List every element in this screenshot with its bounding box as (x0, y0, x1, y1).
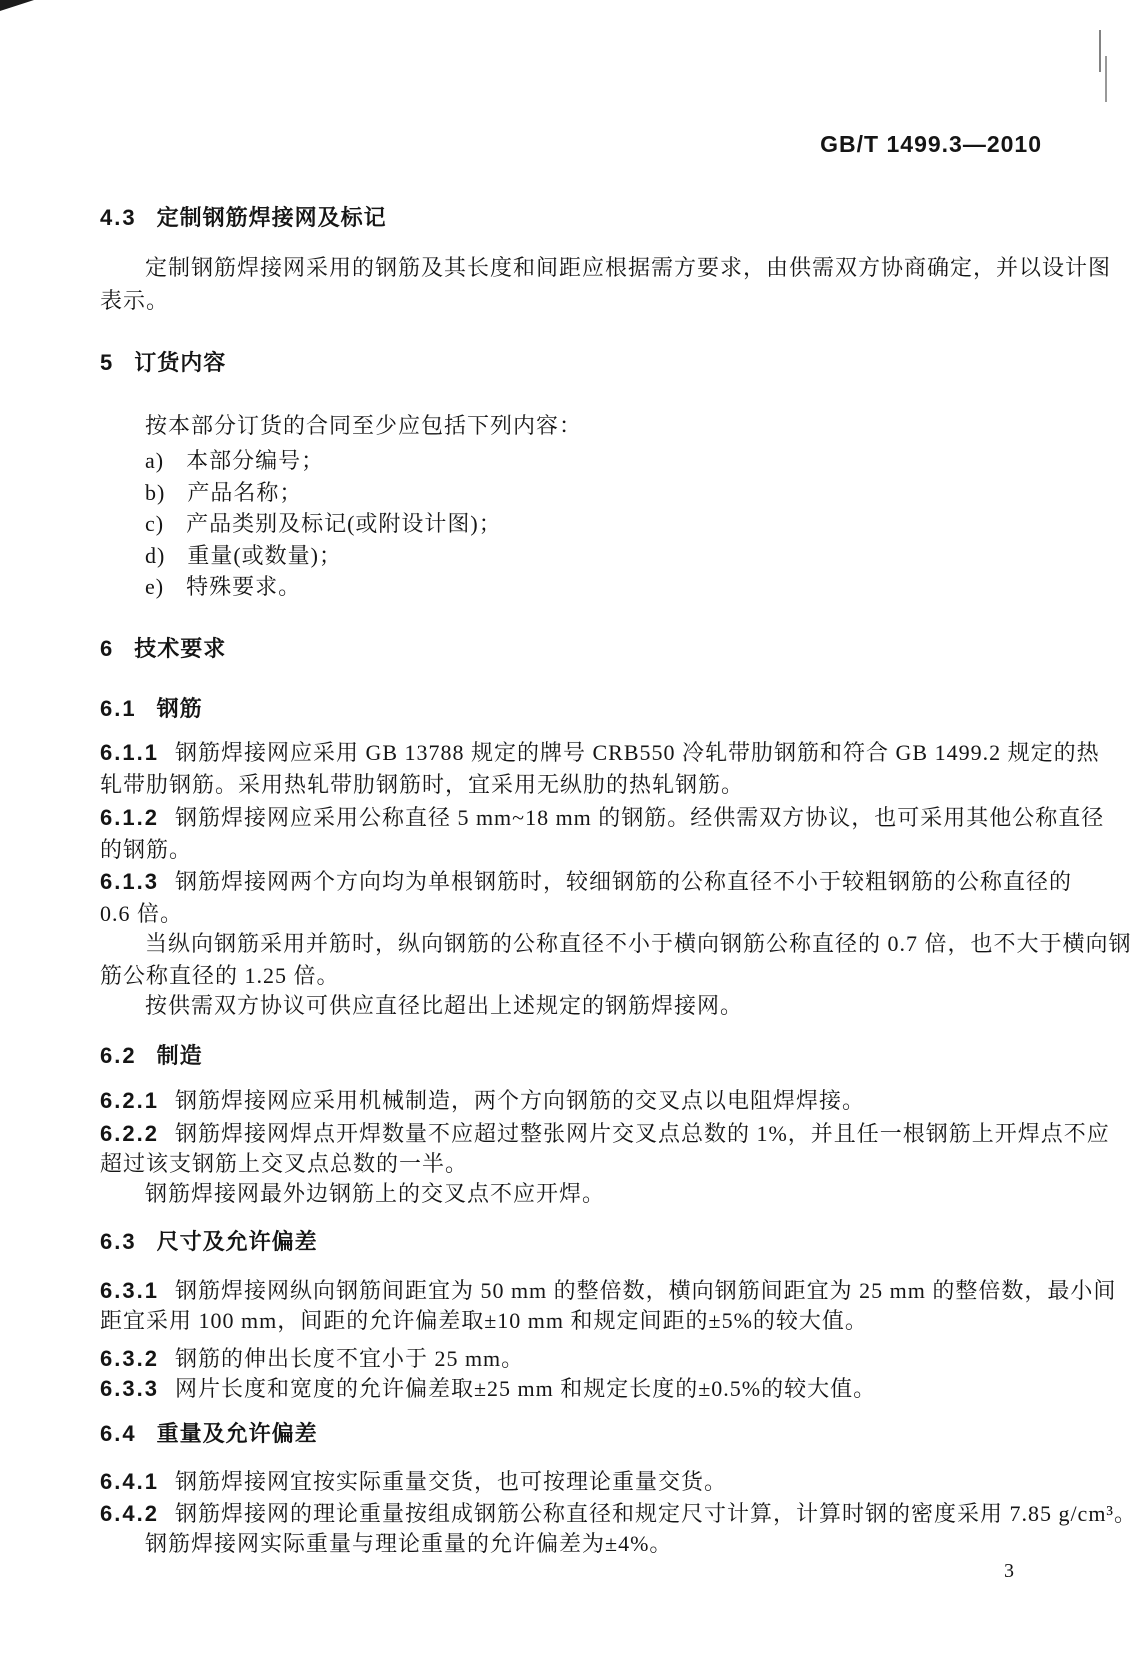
clause-text: 钢筋焊接网的理论重量按组成钢筋公称直径和规定尺寸计算，计算时钢的密度采用 7.8… (175, 1501, 1137, 1526)
clause-text: 钢筋焊接网宜按实际重量交货，也可按理论重量交货。 (175, 1469, 727, 1494)
heading-number: 6.2 (100, 1043, 137, 1068)
paragraph-line: 距宜采用 100 mm，间距的允许偏差取±10 mm 和规定间距的±5%的较大值… (100, 1308, 868, 1334)
paragraph-line: 轧带肋钢筋。采用热轧带肋钢筋时，宜采用无纵肋的热轧钢筋。 (100, 772, 744, 798)
clause-text: 钢筋焊接网应采用机械制造，两个方向钢筋的交叉点以电阻焊焊接。 (175, 1088, 865, 1113)
heading-title: 尺寸及允许偏差 (157, 1229, 318, 1254)
list-item-text: 本部分编号； (186, 448, 324, 473)
clause-number: 6.3.3 (100, 1376, 159, 1401)
paragraph-line: 按供需双方协议可供应直径比超出上述规定的钢筋焊接网。 (145, 993, 743, 1019)
clause-text: 钢筋焊接网焊点开焊数量不应超过整张网片交叉点总数的 1%，并且任一根钢筋上开焊点… (175, 1121, 1110, 1146)
heading-title: 技术要求 (134, 636, 226, 661)
clause-number: 6.3.2 (100, 1346, 159, 1371)
list-item-letter: c) (145, 511, 164, 536)
heading-title: 制造 (157, 1043, 203, 1068)
list-item-letter: b) (145, 480, 165, 505)
list-item-c: c)产品类别及标记(或附设计图)； (145, 511, 502, 537)
clause-6-3-2: 6.3.2钢筋的伸出长度不宜小于 25 mm。 (100, 1346, 524, 1372)
clause-6-1-2: 6.1.2钢筋焊接网应采用公称直径 5 mm~18 mm 的钢筋。经供需双方协议… (100, 805, 1104, 831)
clause-6-1-1: 6.1.1钢筋焊接网应采用 GB 13788 规定的牌号 CRB550 冷轧带肋… (100, 740, 1100, 766)
clause-number: 6.2.1 (100, 1088, 159, 1113)
clause-text: 钢筋的伸出长度不宜小于 25 mm。 (175, 1346, 524, 1371)
list-item-text: 特殊要求。 (186, 574, 301, 599)
clause-text: 钢筋焊接网两个方向均为单根钢筋时，较细钢筋的公称直径不小于较粗钢筋的公称直径的 (175, 869, 1072, 894)
clause-number: 6.3.1 (100, 1278, 159, 1303)
clause-6-2-2: 6.2.2钢筋焊接网焊点开焊数量不应超过整张网片交叉点总数的 1%，并且任一根钢… (100, 1121, 1110, 1147)
list-item-letter: a) (145, 448, 164, 473)
clause-6-1-3: 6.1.3钢筋焊接网两个方向均为单根钢筋时，较细钢筋的公称直径不小于较粗钢筋的公… (100, 869, 1072, 895)
document-number: GB/T 1499.3—2010 (820, 131, 1042, 158)
clause-text: 钢筋焊接网纵向钢筋间距宜为 50 mm 的整倍数，横向钢筋间距宜为 25 mm … (175, 1278, 1116, 1303)
heading-title: 定制钢筋焊接网及标记 (157, 205, 387, 230)
scan-artifact-top-left-corner (0, 0, 34, 11)
heading-4-3: 4.3定制钢筋焊接网及标记 (100, 205, 387, 231)
heading-5: 5订货内容 (100, 350, 226, 376)
list-item-letter: d) (145, 543, 165, 568)
paragraph-line: 当纵向钢筋采用并筋时，纵向钢筋的公称直径不小于横向钢筋公称直径的 0.7 倍，也… (145, 931, 1132, 957)
list-item-d: d)重量(或数量)； (145, 543, 342, 569)
clause-number: 6.2.2 (100, 1121, 159, 1146)
paragraph-line: 表示。 (100, 288, 169, 314)
paragraph-line: 筋公称直径的 1.25 倍。 (100, 963, 340, 989)
list-item-a: a)本部分编号； (145, 448, 324, 474)
heading-6: 6技术要求 (100, 636, 226, 662)
heading-number: 6.1 (100, 696, 137, 721)
scan-artifact-scratch (1099, 30, 1101, 72)
clause-number: 6.1.3 (100, 869, 159, 894)
heading-number: 4.3 (100, 205, 137, 230)
page-number: 3 (1004, 1560, 1014, 1583)
clause-6-3-3: 6.3.3网片长度和宽度的允许偏差取±25 mm 和规定长度的±0.5%的较大值… (100, 1376, 876, 1402)
list-item-text: 产品类别及标记(或附设计图)； (186, 511, 502, 536)
paragraph-line: 超过该支钢筋上交叉点总数的一半。 (100, 1151, 468, 1177)
clause-6-4-1: 6.4.1钢筋焊接网宜按实际重量交货，也可按理论重量交货。 (100, 1469, 727, 1495)
clause-text: 钢筋焊接网应采用公称直径 5 mm~18 mm 的钢筋。经供需双方协议，也可采用… (175, 805, 1104, 830)
list-item-e: e)特殊要求。 (145, 574, 301, 600)
heading-number: 6.3 (100, 1229, 137, 1254)
clause-number: 6.4.2 (100, 1501, 159, 1526)
paragraph-line: 定制钢筋焊接网采用的钢筋及其长度和间距应根据需方要求，由供需双方协商确定，并以设… (145, 255, 1111, 281)
heading-number: 5 (100, 350, 114, 375)
heading-6-4: 6.4重量及允许偏差 (100, 1421, 318, 1447)
paragraph-line: 的钢筋。 (100, 837, 192, 863)
clause-number: 6.4.1 (100, 1469, 159, 1494)
list-item-b: b)产品名称； (145, 480, 302, 506)
paragraph-line: 钢筋焊接网最外边钢筋上的交叉点不应开焊。 (145, 1181, 605, 1207)
list-item-text: 重量(或数量)； (187, 543, 342, 568)
clause-number: 6.1.1 (100, 740, 159, 765)
heading-title: 重量及允许偏差 (157, 1421, 318, 1446)
clause-6-2-1: 6.2.1钢筋焊接网应采用机械制造，两个方向钢筋的交叉点以电阻焊焊接。 (100, 1088, 865, 1114)
list-item-letter: e) (145, 574, 164, 599)
heading-title: 订货内容 (134, 350, 226, 375)
heading-6-2: 6.2制造 (100, 1043, 203, 1069)
clause-number: 6.1.2 (100, 805, 159, 830)
paragraph-line: 钢筋焊接网实际重量与理论重量的允许偏差为±4%。 (145, 1531, 672, 1557)
clause-text: 钢筋焊接网应采用 GB 13788 规定的牌号 CRB550 冷轧带肋钢筋和符合… (175, 740, 1100, 765)
document-page: GB/T 1499.3—2010 4.3定制钢筋焊接网及标记 定制钢筋焊接网采用… (0, 0, 1138, 1666)
clause-6-3-1: 6.3.1钢筋焊接网纵向钢筋间距宜为 50 mm 的整倍数，横向钢筋间距宜为 2… (100, 1278, 1116, 1304)
list-item-text: 产品名称； (187, 480, 302, 505)
heading-number: 6.4 (100, 1421, 137, 1446)
clause-text: 网片长度和宽度的允许偏差取±25 mm 和规定长度的±0.5%的较大值。 (175, 1376, 876, 1401)
heading-6-1: 6.1钢筋 (100, 696, 203, 722)
scan-artifact-scratch (1105, 56, 1107, 102)
heading-title: 钢筋 (157, 696, 203, 721)
paragraph-line: 按本部分订货的合同至少应包括下列内容： (145, 413, 582, 439)
paragraph-line: 0.6 倍。 (100, 901, 183, 927)
clause-6-4-2: 6.4.2钢筋焊接网的理论重量按组成钢筋公称直径和规定尺寸计算，计算时钢的密度采… (100, 1501, 1137, 1527)
heading-6-3: 6.3尺寸及允许偏差 (100, 1229, 318, 1255)
heading-number: 6 (100, 636, 114, 661)
